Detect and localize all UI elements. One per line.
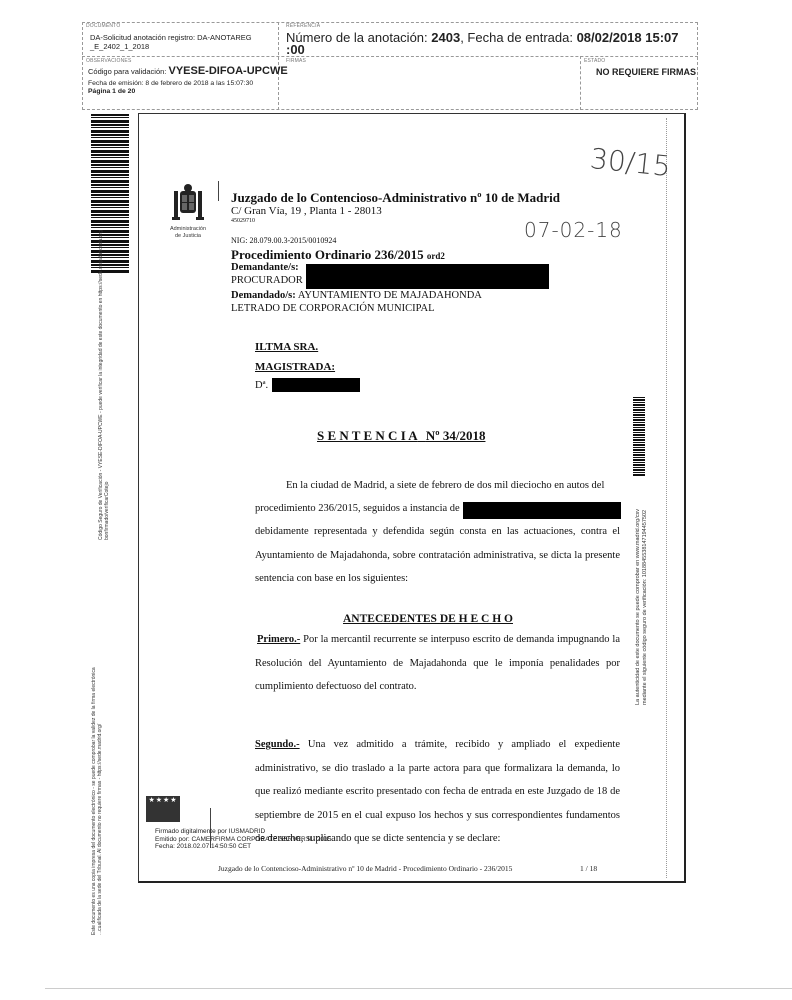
right-note-1: La autenticidad de este documento se pue…	[635, 509, 641, 705]
dna-prefix: Dª.	[255, 380, 268, 391]
primero-paragraph: Primero.- Por la mercantil recurrente se…	[255, 628, 620, 699]
demandante: Demandante/s:	[231, 262, 299, 274]
spain-crest-icon	[170, 183, 206, 223]
estado-label: ESTADO	[584, 58, 605, 64]
anotacion-line-cont: :00	[286, 42, 305, 57]
documento-label: DOCUMENTO	[86, 23, 121, 29]
estado-value: NO REQUIERE FIRMAS	[596, 68, 696, 77]
comunidad-madrid-flag-icon: ★★★★	[146, 796, 180, 822]
documento-line1: DA-Solicitud anotación registro: DA-ANOT…	[90, 33, 252, 42]
redaction-plaintiff	[463, 502, 621, 519]
procedure: Procedimiento Ordinario 236/2015 ord2	[231, 247, 445, 263]
observaciones-label: OBSERVACIONES	[86, 58, 131, 64]
antecedentes-title: ANTECEDENTES DE H E C H O	[343, 613, 513, 625]
redaction-judge	[272, 378, 360, 392]
right-note-2: mediante el siguiente código seguro de v…	[642, 510, 648, 705]
anotacion-line: Número de la anotación: 2403, Fecha de e…	[286, 30, 679, 45]
handwritten-date: 07-02-18	[524, 218, 623, 242]
right-margin-dots	[666, 118, 667, 878]
letrado: LETRADO DE CORPORACIÓN MUNICIPAL	[231, 303, 435, 315]
validation-code-value: VYESE-DIFOA-UPCWE	[168, 65, 287, 77]
crest-caption: Administración de Justicia	[166, 226, 210, 240]
page-count: Página 1 de 20	[88, 87, 135, 96]
nig: NIG: 28.079.00.3-2015/0010924	[231, 236, 336, 245]
letterhead-separator	[218, 181, 219, 201]
scan-edge	[45, 988, 792, 989]
registry-divider-h	[82, 56, 698, 58]
left-note-4: bonfirmado/verificarCotejo	[104, 482, 110, 540]
left-note-3: ...cualificada de la sede del Tribunal. …	[97, 724, 103, 935]
running-footer: Juzgado de lo Contencioso-Administrativo…	[218, 864, 512, 873]
redaction-parties	[306, 264, 549, 289]
sentencia-title: S E N T E N C I A Nº 34/2018	[317, 428, 485, 444]
court-code: 45029710	[231, 218, 255, 224]
intro-line-2: procedimiento 236/2015, seguidos a insta…	[255, 497, 495, 521]
firmas-label: FIRMAS	[286, 58, 306, 64]
intro-rest: debidamente representada y defendida seg…	[255, 520, 620, 591]
referencia-label: REFERENCIA	[286, 23, 320, 29]
ilma-label: ILTMA SRA.	[255, 341, 318, 353]
digital-signature: Firmado digitalmente por IUSMADRID Emiti…	[155, 828, 331, 851]
validation-code: Código para validación: VYESE-DIFOA-UPCW…	[88, 67, 288, 76]
intro-line-1: En la ciudad de Madrid, a siete de febre…	[286, 474, 619, 498]
court-address: C/ Gran Vía, 19 , Planta 1 - 28013	[231, 205, 382, 217]
procurador: PROCURADOR	[231, 275, 303, 287]
page-number: 1 / 18	[580, 864, 597, 873]
registry-divider-v2	[580, 56, 582, 110]
left-barcode	[91, 114, 129, 274]
right-barcode	[633, 397, 645, 477]
demandado: Demandado/s: AYUNTAMIENTO DE MAJADAHONDA	[231, 290, 482, 302]
documento-line2: _E_2402_1_2018	[90, 42, 149, 51]
court-name: Juzgado de lo Contencioso-Administrativo…	[231, 190, 560, 206]
magistrada-label: MAGISTRADA:	[255, 361, 335, 373]
